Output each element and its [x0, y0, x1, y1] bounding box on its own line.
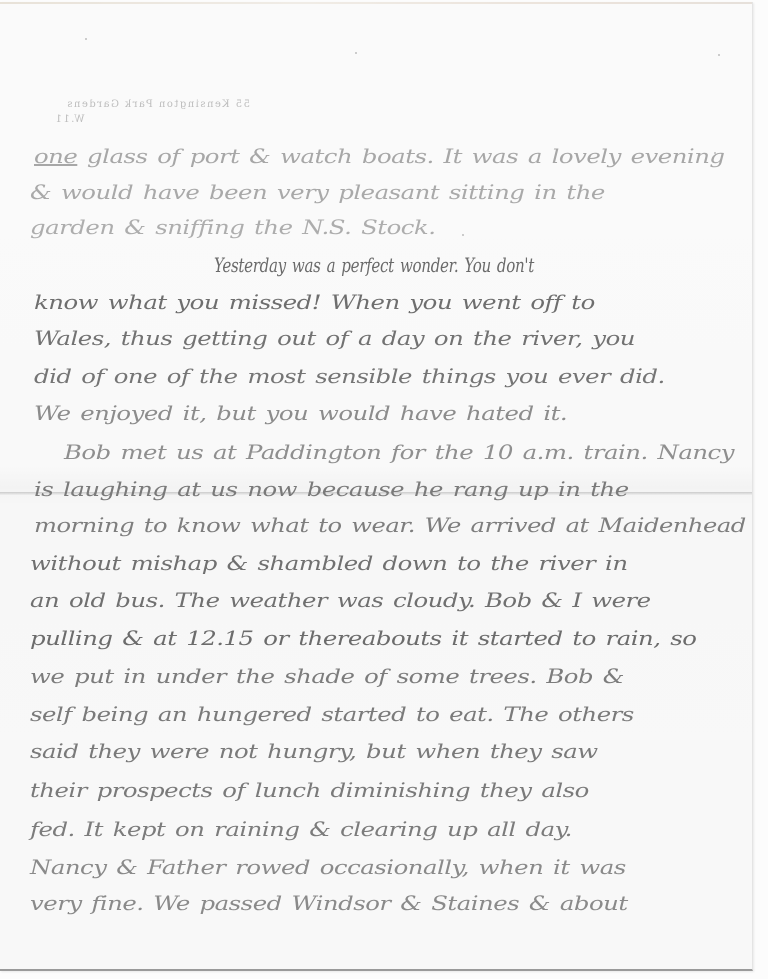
- handwritten-line: very fine. We passed Windsor & Staines &…: [30, 894, 628, 914]
- letterhead-mirrored-text: 55 Kensington Park Gardens W.11: [50, 99, 250, 125]
- handwritten-line: self being an hungered started to eat. T…: [30, 705, 634, 725]
- line-text: pulling & at 12.15 or thereabouts it sta…: [30, 627, 696, 650]
- line-text: We enjoyed it, but you would have hated …: [34, 402, 567, 425]
- line-text: Yesterday was a perfect wonder. You don'…: [214, 254, 534, 277]
- handwritten-line: Wales, thus getting out of a day on the …: [34, 329, 635, 349]
- line-text: very fine. We passed Windsor & Staines &…: [30, 892, 628, 915]
- line-text: Bob met us at Paddington for the 10 a.m.…: [64, 441, 734, 464]
- line-text: said they were not hungry, but when they…: [30, 740, 598, 763]
- paper-top-edge: [0, 2, 752, 4]
- line-text: Nancy & Father rowed occasionally, when …: [30, 856, 626, 879]
- line-text: know what you missed! When you went off …: [34, 291, 595, 314]
- line-text: their prospects of lunch diminishing the…: [30, 779, 589, 802]
- paper-speck: [718, 54, 720, 56]
- handwritten-line: said they were not hungry, but when they…: [30, 742, 598, 762]
- handwritten-line: Nancy & Father rowed occasionally, when …: [30, 858, 626, 878]
- letterhead-address: 55 Kensington Park Gardens: [50, 99, 250, 110]
- paper-speck: [355, 52, 357, 54]
- handwritten-line: is laughing at us now because he rang up…: [34, 480, 629, 500]
- line-text: self being an hungered started to eat. T…: [30, 703, 634, 726]
- handwritten-line: know what you missed! When you went off …: [34, 293, 595, 313]
- paper-speck: [85, 38, 87, 40]
- line-text: an old bus. The weather was cloudy. Bob …: [30, 589, 651, 612]
- paper-speck: [462, 234, 464, 236]
- line-text: fed. It kept on raining & clearing up al…: [30, 818, 572, 841]
- line-text: morning to know what to wear. We arrived…: [34, 514, 746, 537]
- line-text: garden & sniffing the N.S. Stock.: [30, 216, 435, 239]
- handwritten-line: morning to know what to wear. We arrived…: [34, 516, 746, 536]
- underlined-word: one: [34, 145, 77, 168]
- line-text: we put in under the shade of some trees.…: [30, 665, 624, 688]
- line-text: did of one of the most sensible things y…: [34, 365, 665, 388]
- handwritten-line: we put in under the shade of some trees.…: [30, 667, 624, 687]
- handwritten-line: Yesterday was a perfect wonder. You don'…: [214, 256, 534, 276]
- handwritten-line: did of one of the most sensible things y…: [34, 367, 665, 387]
- line-text: & would have been very pleasant sitting …: [30, 181, 605, 204]
- line-text: Wales, thus getting out of a day on the …: [34, 327, 635, 350]
- handwritten-line: their prospects of lunch diminishing the…: [30, 781, 589, 801]
- line-text: without mishap & shambled down to the ri…: [30, 552, 628, 575]
- handwritten-line: garden & sniffing the N.S. Stock.: [30, 218, 435, 238]
- handwritten-line: pulling & at 12.15 or thereabouts it sta…: [30, 629, 696, 649]
- handwritten-line: Bob met us at Paddington for the 10 a.m.…: [64, 443, 734, 463]
- line-text: is laughing at us now because he rang up…: [34, 478, 629, 501]
- scanned-letter-page: 55 Kensington Park Gardens W.11 one glas…: [0, 0, 768, 979]
- handwritten-line: fed. It kept on raining & clearing up al…: [30, 820, 572, 840]
- letterhead-postcode: W.11: [50, 114, 250, 125]
- handwritten-line: We enjoyed it, but you would have hated …: [34, 404, 567, 424]
- handwritten-line: an old bus. The weather was cloudy. Bob …: [30, 591, 651, 611]
- handwritten-line: without mishap & shambled down to the ri…: [30, 554, 628, 574]
- paper-speck: [714, 152, 716, 154]
- letterhead: 55 Kensington Park Gardens W.11: [50, 99, 250, 139]
- handwritten-line: & would have been very pleasant sitting …: [30, 183, 605, 203]
- handwritten-line: one glass of port & watch boats. It was …: [34, 147, 725, 167]
- paper-sheet: 55 Kensington Park Gardens W.11 one glas…: [0, 2, 753, 971]
- line-text: glass of port & watch boats. It was a lo…: [77, 145, 724, 168]
